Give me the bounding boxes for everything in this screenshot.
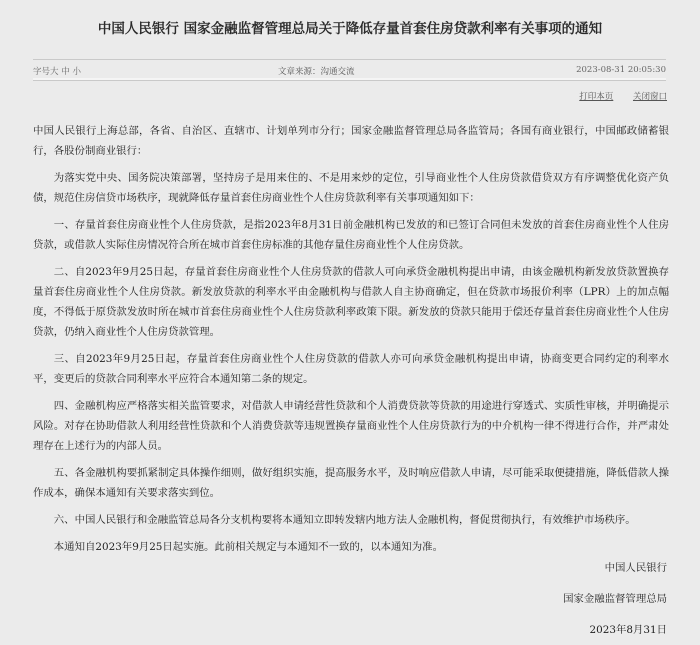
paragraph-6: 六、中国人民银行和金融监管总局各分支机构要将本通知立即转发辖内地方法人金融机构，…: [33, 510, 669, 530]
print-page-link[interactable]: 打印本页: [579, 92, 613, 102]
paragraph-4: 四、金融机构应严格落实相关监管要求，对借款人申请经营性贷款和个人消费贷款等贷款的…: [33, 396, 669, 456]
document-body: 中国人民银行上海总部，各省、自治区、直辖市、计划单列市分行；国家金融监督管理总局…: [33, 121, 669, 564]
salutation: 中国人民银行上海总部，各省、自治区、直辖市、计划单列市分行；国家金融监督管理总局…: [33, 121, 669, 161]
article-source: 文章来源：沟通交流: [278, 65, 355, 77]
font-size-label: 字号: [33, 67, 50, 77]
paragraph-intro: 为落实党中央、国务院决策部署，坚持房子是用来住的、不是用来炒的定位，引导商业性个…: [33, 168, 669, 208]
font-size-large[interactable]: 大: [50, 67, 59, 77]
signature-issuer-nfra: 国家金融监督管理总局: [563, 590, 667, 605]
meta-bar: 字号大 中 小 文章来源：沟通交流 2023-08-31 20:05:30: [33, 59, 666, 81]
page-title: 中国人民银行 国家金融监督管理总局关于降低存量首套住房贷款利率有关事项的通知: [0, 17, 700, 37]
paragraph-3: 三、自2023年9月25日起，存量首套住房商业性个人住房贷款的借款人亦可向承贷金…: [33, 349, 669, 389]
font-size-small[interactable]: 小: [72, 67, 81, 77]
paragraph-effective: 本通知自2023年9月25日起实施。此前相关规定与本通知不一致的，以本通知为准。: [33, 537, 669, 557]
font-size-selector: 字号大 中 小: [33, 65, 81, 77]
signature-date: 2023年8月31日: [590, 621, 667, 636]
source-label: 文章来源：: [278, 67, 321, 77]
paragraph-2: 二、自2023年9月25日起，存量首套住房商业性个人住房贷款的借款人可向承贷金融…: [33, 262, 669, 342]
paragraph-5: 五、各金融机构要抓紧制定具体操作细则，做好组织实施，提高服务水平，及时响应借款人…: [33, 463, 669, 503]
page-actions: 打印本页 关闭窗口: [562, 90, 667, 102]
signature-issuer-pboc: 中国人民银行: [605, 559, 667, 574]
paragraph-1: 一、存量首套住房商业性个人住房贷款，是指2023年8月31日前金融机构已发放的和…: [33, 215, 669, 255]
source-value: 沟通交流: [321, 67, 355, 77]
font-size-medium[interactable]: 中: [61, 67, 70, 77]
publish-datetime: 2023-08-31 20:05:30: [576, 65, 666, 75]
close-window-link[interactable]: 关闭窗口: [633, 92, 667, 102]
